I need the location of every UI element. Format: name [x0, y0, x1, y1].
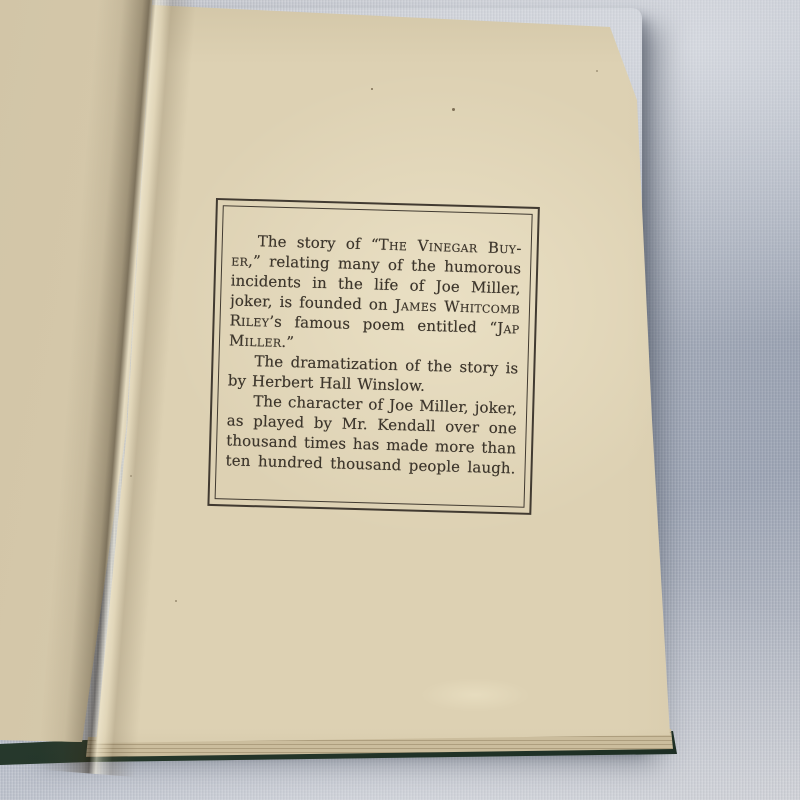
paper-speck: [452, 108, 455, 111]
paper-stain: [420, 678, 530, 712]
printed-plate: The story of “The Vinegar Buy-er,” relat…: [207, 198, 539, 515]
plate-line-segment: .”: [281, 333, 294, 351]
book-photo: The story of “The Vinegar Buy-er,” relat…: [0, 0, 800, 800]
paper-speck: [130, 475, 132, 477]
plate-line-segment: Riley: [229, 311, 269, 330]
plate-line-segment: er: [231, 251, 248, 269]
plate-text: The story of “The Vinegar Buy-er,” relat…: [225, 230, 522, 478]
plate-line-segment: Miller: [229, 331, 282, 350]
plate-outer-border: The story of “The Vinegar Buy-er,” relat…: [207, 198, 539, 515]
paper-speck: [596, 70, 598, 72]
plate-line-segment: Jap: [497, 319, 520, 338]
plate-line-segment: The story of “: [258, 232, 379, 253]
plate-line-segment: James Whitcomb: [395, 296, 521, 317]
paper-speck: [371, 88, 373, 90]
paper-speck: [175, 600, 177, 602]
